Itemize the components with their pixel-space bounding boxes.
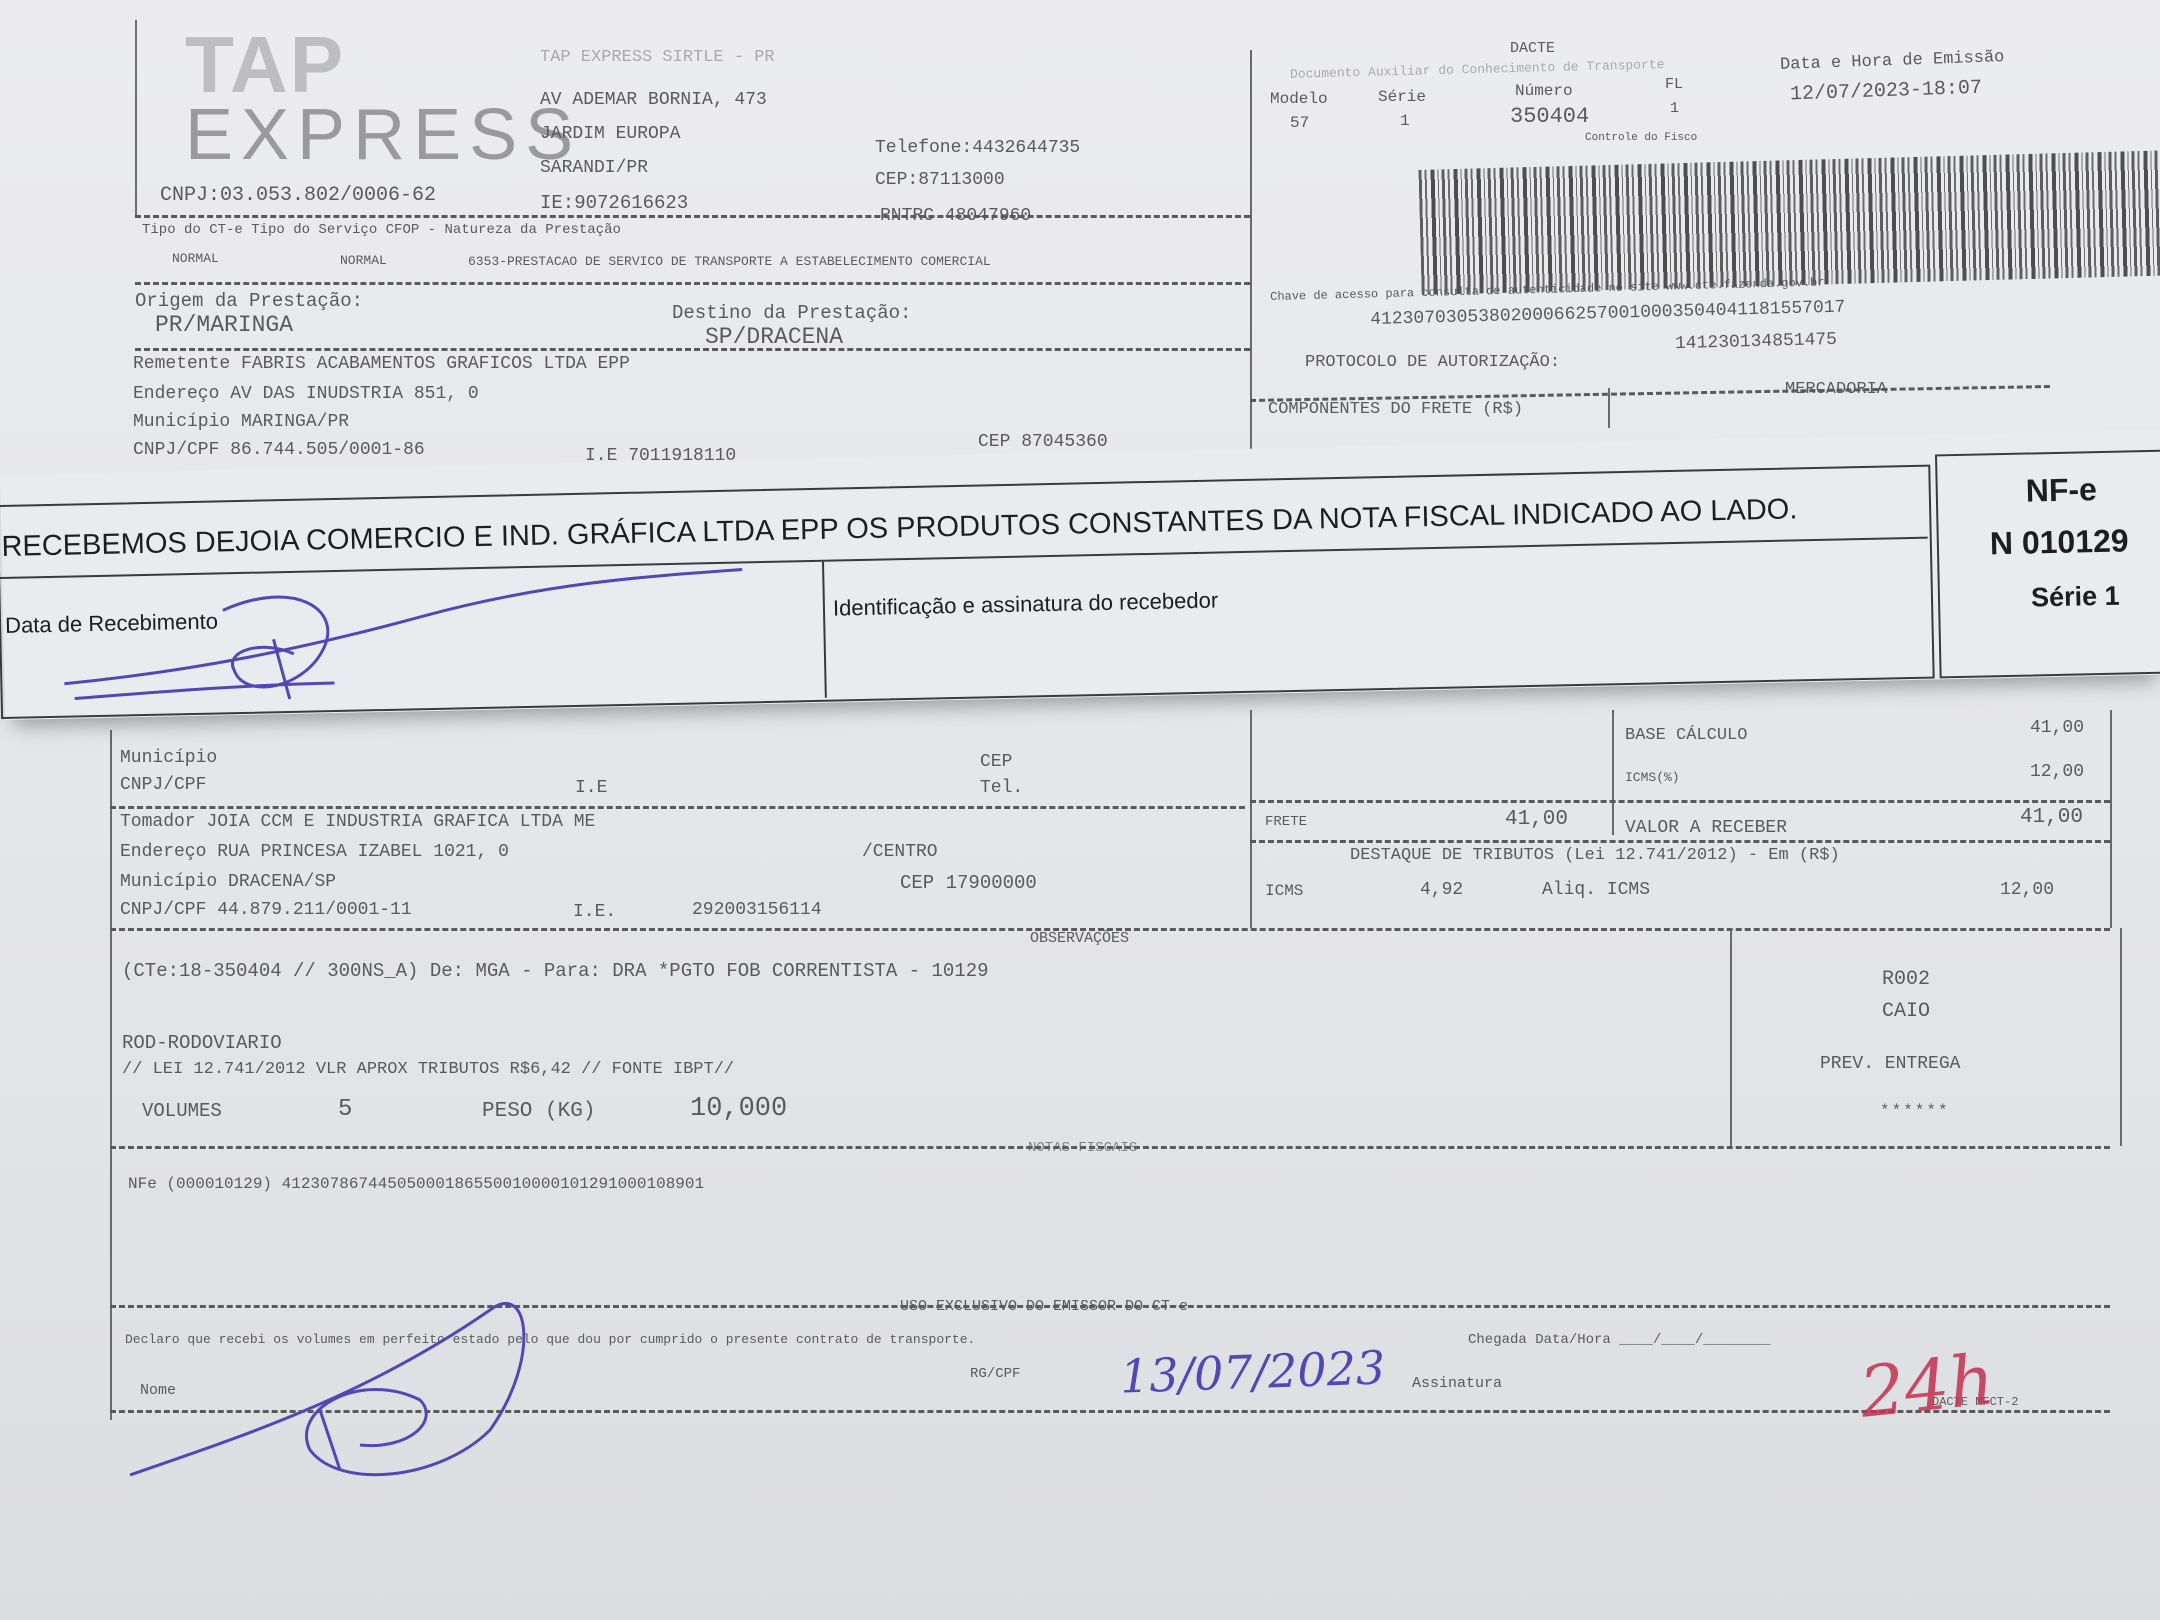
tomador-ie-label: I.E. (573, 902, 616, 922)
tomador-cnpj-row: CNPJ/CPF 44.879.211/0001-11 (120, 900, 412, 920)
divider (1250, 800, 2110, 803)
divider (1608, 388, 1610, 428)
modelo-label: Modelo (1270, 90, 1328, 108)
dest-municipio-label: Município (120, 748, 217, 768)
remetente-endereco-row: Endereço AV DAS INUDSTRIA 851, 0 (133, 384, 479, 404)
tomador-bairro: /CENTRO (862, 842, 938, 862)
tomador-endereco: RUA PRINCESA IZABEL 1021, 0 (217, 842, 509, 862)
numero-value: 350404 (1510, 104, 1589, 129)
fl-label: FL (1665, 76, 1683, 93)
frete-label: FRETE (1265, 814, 1307, 830)
emitter-cnpj: CNPJ:03.053.802/0006-62 (160, 184, 436, 207)
remetente-name: FABRIS ACABAMENTOS GRAFICOS LTDA EPP (241, 354, 630, 374)
volumes-label: VOLUMES (142, 1100, 222, 1122)
nfe-number: N 010129 (1989, 522, 2129, 562)
origem-label: Origem da Prestação: (135, 290, 363, 312)
servico-header: Tipo do CT-e Tipo do Serviço CFOP - Natu… (142, 222, 621, 238)
dest-tel-label: Tel. (980, 778, 1023, 798)
chegada-field: Chegada Data/Hora ____/____/________ (1468, 1332, 1770, 1348)
componentes-header: COMPONENTES DO FRETE (R$) (1268, 400, 1523, 419)
remetente-cnpj-row: CNPJ/CPF 86.744.505/0001-86 (133, 440, 425, 460)
chave-value: 4123070305380200066257001000350404118155… (1370, 298, 1846, 330)
uso-exclusivo-header: USO EXCLUSIVO DO EMISSOR DO CT-e (900, 1298, 1188, 1315)
cnpj-label: CNPJ/CPF (133, 440, 219, 460)
serie-label: Série (1378, 88, 1426, 106)
frete-value: 41,00 (1505, 808, 1568, 831)
observacoes-line2: ROD-RODOVIARIO (122, 1032, 282, 1054)
origem-value: PR/MARINGA (155, 312, 293, 338)
remetente-endereco: AV DAS INUDSTRIA 851, 0 (230, 384, 478, 404)
handwritten-date: 13/07/2023 (1119, 1340, 1386, 1403)
divider (1250, 710, 1252, 928)
peso-value: 10,000 (690, 1094, 787, 1124)
aliq-value: 12,00 (2000, 880, 2054, 900)
remetente-cep: CEP 87045360 (978, 432, 1108, 452)
tomador-cnpj: 44.879.211/0001-11 (217, 900, 411, 920)
signature-bottom (110, 1250, 630, 1490)
remetente-label: Remetente (133, 354, 230, 374)
base-calculo-label: BASE CÁLCULO (1625, 726, 1747, 745)
aliq-label: Aliq. ICMS (1542, 880, 1650, 900)
dest-cnpj-label: CNPJ/CPF (120, 775, 206, 795)
emitter-ie: IE:9072616623 (540, 192, 688, 214)
serie-value: 1 (1400, 112, 1410, 130)
remetente-municipio: MARINGA/PR (241, 412, 349, 432)
tomador-ie: 292003156114 (692, 900, 822, 920)
icms-label: ICMS (1265, 882, 1303, 900)
rg-cpf-label: RG/CPF (970, 1366, 1020, 1382)
dacte-subtitle: Documento Auxiliar do Conhecimento de Tr… (1290, 57, 1665, 82)
divider (110, 806, 1245, 809)
red-handwritten-mark: 24h (1856, 1338, 1998, 1434)
emitter-city: SARANDI/PR (540, 158, 648, 178)
divider (135, 215, 1250, 218)
nfe-key-line: NFe (000010129) 412307867445050001865500… (128, 1175, 704, 1193)
emitter-phone: Telefone:4432644735 (875, 138, 1080, 158)
tap-express-logo: TAP EXPRESS (185, 30, 515, 180)
endereco-label: Endereço (133, 384, 219, 404)
endereco-label: Endereço (120, 842, 206, 862)
tomador-name: JOIA CCM E INDUSTRIA GRAFICA LTDA ME (206, 812, 595, 832)
observacoes-line3: // LEI 12.741/2012 VLR APROX TRIBUTOS R$… (122, 1060, 734, 1079)
fl-value: 1 (1670, 100, 1679, 117)
tomador-municipio: DRACENA/SP (228, 872, 336, 892)
prev-entrega-label: PREV. ENTREGA (1820, 1054, 1960, 1074)
dest-cep-label: CEP (980, 752, 1012, 772)
emitter-address: AV ADEMAR BORNIA, 473 (540, 90, 767, 110)
destino-label: Destino da Prestação: (672, 302, 911, 324)
emitter-name: TAP EXPRESS SIRTLE - PR (540, 48, 775, 67)
emitter-cep: CEP:87113000 (875, 170, 1005, 190)
observacoes-line1: (CTe:18-350404 // 300NS_A) De: MGA - Par… (122, 960, 989, 982)
data-emissao-value: 12/07/2023-18:07 (1790, 77, 1983, 107)
icms-pct-value: 12,00 (2030, 762, 2084, 782)
protocolo-label: PROTOCOLO DE AUTORIZAÇÃO: (1305, 353, 1560, 372)
data-emissao-label: Data e Hora de Emissão (1780, 48, 2005, 75)
base-calculo-value: 41,00 (2030, 718, 2084, 738)
valor-receber-value: 41,00 (2020, 806, 2083, 829)
valor-receber-label: VALOR A RECEBER (1625, 818, 1787, 838)
divider (1250, 840, 2110, 843)
destino-value: SP/DRACENA (705, 324, 843, 350)
peso-label: PESO (KG) (482, 1100, 595, 1123)
tipo-cte: NORMAL (172, 251, 219, 266)
divider (2110, 710, 2112, 928)
controle-fisco-label: Controle do Fisco (1585, 132, 1697, 144)
assinatura-label: Assinatura (1412, 1375, 1502, 1392)
observacoes-header: OBSERVAÇÕES (1030, 930, 1129, 947)
icms-value: 4,92 (1420, 880, 1463, 900)
divider (2120, 928, 2122, 1146)
dacte-divider (1250, 50, 1252, 450)
tomador-endereco-row: Endereço RUA PRINCESA IZABEL 1021, 0 (120, 842, 509, 862)
divider (1612, 710, 1614, 835)
nfe-serie: Série 1 (2031, 581, 2120, 614)
tomador-label: Tomador (120, 812, 196, 832)
route-code: R002 (1882, 968, 1930, 991)
tomador-row: Tomador JOIA CCM E INDUSTRIA GRAFICA LTD… (120, 812, 595, 832)
numero-label: Número (1515, 82, 1573, 100)
remetente-cnpj: 86.744.505/0001-86 (230, 440, 424, 460)
cfop: 6353-PRESTACAO DE SERVICO DE TRANSPORTE … (468, 254, 991, 269)
tipo-servico: NORMAL (340, 253, 387, 268)
dacte-title: DACTE (1510, 40, 1555, 57)
nfe-receipt-stub: RECEBEMOS DEJOIA COMERCIO E IND. GRÁFICA… (0, 430, 2160, 720)
divider (135, 348, 1250, 351)
tomador-cep: CEP 17900000 (900, 872, 1037, 894)
remetente-municipio-row: Município MARINGA/PR (133, 412, 349, 432)
cnpj-label: CNPJ/CPF (120, 900, 206, 920)
prev-entrega-value: ****** (1880, 1102, 1950, 1120)
tomador-municipio-row: Município DRACENA/SP (120, 872, 336, 892)
dest-ie-label: I.E (575, 778, 607, 798)
remetente-row: Remetente FABRIS ACABAMENTOS GRAFICOS LT… (133, 354, 630, 374)
access-key-barcode (1418, 150, 2160, 295)
driver-name: CAIO (1882, 1000, 1930, 1023)
municipio-label: Município (133, 412, 230, 432)
tributos-header: DESTAQUE DE TRIBUTOS (Lei 12.741/2012) -… (1350, 846, 1840, 865)
emitter-district: JARDIM EUROPA (540, 124, 680, 144)
signature-stub (42, 559, 765, 714)
protocolo-value: 141230134851475 (1675, 330, 1837, 354)
modelo-value: 57 (1290, 114, 1309, 132)
nfe-label: NF-e (2025, 471, 2097, 509)
notas-fiscais-header: NOTAS FISCAIS (1028, 1140, 1137, 1156)
volumes-value: 5 (338, 1096, 352, 1123)
mercadoria-header: MERCADORIA (1785, 380, 1887, 399)
icms-pct-label: ICMS(%) (1625, 770, 1680, 785)
municipio-label: Município (120, 872, 217, 892)
divider (135, 282, 1250, 285)
divider (1730, 928, 1732, 1146)
